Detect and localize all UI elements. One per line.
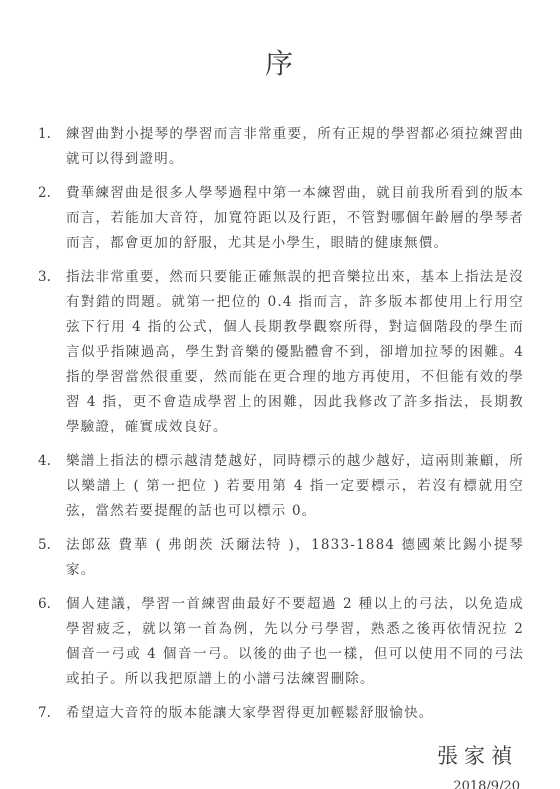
page-title: 序	[0, 0, 560, 82]
item-number: 4.	[38, 449, 66, 524]
item-text: 指法非常重要，然而只要能正確無誤的把音樂拉出來，基本上指法是沒有對錯的問題。就第…	[66, 265, 524, 440]
preface-item-list: 1. 練習曲對小提琴的學習而言非常重要，所有正規的學習都必須拉練習曲就可以得到證…	[0, 122, 560, 726]
list-item: 1. 練習曲對小提琴的學習而言非常重要，所有正規的學習都必須拉練習曲就可以得到證…	[38, 122, 524, 172]
item-text: 練習曲對小提琴的學習而言非常重要，所有正規的學習都必須拉練習曲就可以得到證明。	[66, 122, 524, 172]
item-text: 法郎茲 費華 ( 弗朗茨 沃爾法特 )，1833-1884 德國萊比錫小提琴家。	[66, 533, 524, 583]
list-item: 4. 樂譜上指法的標示越清楚越好，同時標示的越少越好，這兩則兼顧，所以樂譜上 (…	[38, 449, 524, 524]
item-text: 希望這大音符的版本能讓大家學習得更加輕鬆舒服愉快。	[66, 701, 524, 726]
item-text: 費華練習曲是很多人學琴過程中第一本練習曲，就目前我所看到的版本而言，若能加大音符…	[66, 181, 524, 256]
document-page: 序 1. 練習曲對小提琴的學習而言非常重要，所有正規的學習都必須拉練習曲就可以得…	[0, 0, 560, 789]
list-item: 3. 指法非常重要，然而只要能正確無誤的把音樂拉出來，基本上指法是沒有對錯的問題…	[38, 265, 524, 440]
list-item: 6. 個人建議，學習一首練習曲最好不要超過 2 種以上的弓法，以免造成學習疲乏，…	[38, 592, 524, 692]
signature-date: 2018/9/20	[0, 779, 560, 789]
list-item: 5. 法郎茲 費華 ( 弗朗茨 沃爾法特 )，1833-1884 德國萊比錫小提…	[38, 533, 524, 583]
item-number: 7.	[38, 701, 66, 726]
item-text: 樂譜上指法的標示越清楚越好，同時標示的越少越好，這兩則兼顧，所以樂譜上 ( 第一…	[66, 449, 524, 524]
author-signature: 張家禎	[437, 744, 518, 768]
item-number: 5.	[38, 533, 66, 583]
item-number: 6.	[38, 592, 66, 692]
item-number: 1.	[38, 122, 66, 172]
item-number: 2.	[38, 181, 66, 256]
list-item: 2. 費華練習曲是很多人學琴過程中第一本練習曲，就目前我所看到的版本而言，若能加…	[38, 181, 524, 256]
item-number: 3.	[38, 265, 66, 440]
signature-block: 張家禎	[0, 740, 560, 770]
list-item: 7. 希望這大音符的版本能讓大家學習得更加輕鬆舒服愉快。	[38, 701, 524, 726]
item-text: 個人建議，學習一首練習曲最好不要超過 2 種以上的弓法，以免造成學習疲乏，就以第…	[66, 592, 524, 692]
